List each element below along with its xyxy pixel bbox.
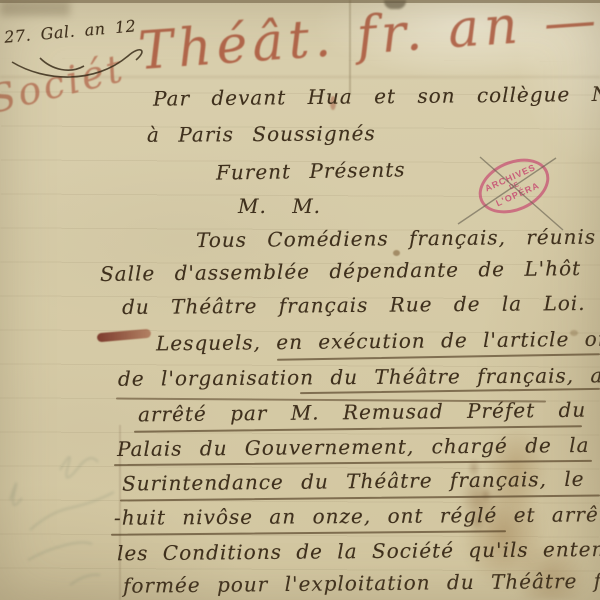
manuscript-line: Surintendance du Théâtre français, le d — [122, 466, 600, 495]
manuscript-line: les Conditions de la Société qu'ils ente… — [117, 537, 600, 565]
manuscript-line: de l'organisation du Théâtre français, a — [118, 363, 600, 390]
top-left-corner-shadow — [0, 0, 70, 16]
corner-register-note: 27. Gal. an 12 — [3, 16, 137, 46]
manuscript-line: Lesquels, en exécution de l'article on — [156, 327, 600, 356]
manuscript-line: Furent Présents — [216, 157, 406, 184]
manuscript-line: Tous Comédiens français, réunis en u — [196, 224, 600, 252]
manuscript-line: Par devant Hua et son collègue Notai — [153, 81, 600, 110]
manuscript-line: M. M. — [238, 194, 321, 218]
manuscript-line: Palais du Gouvernement, chargé de la — [117, 433, 590, 461]
manuscript-line: du Théâtre français Rue de la Loi. — [122, 291, 586, 319]
manuscript-page: Théât. fr. an — Sociét 27. Gal. an 12 Pa… — [0, 0, 600, 600]
manuscript-line: -huit nivôse an onze, ont réglé et arrêt — [114, 502, 600, 529]
manuscript-line: formée pour l'exploitation du Théâtre fr… — [123, 568, 600, 597]
paper-speck — [393, 250, 400, 256]
manuscript-line: à Paris Soussignés — [147, 121, 376, 147]
